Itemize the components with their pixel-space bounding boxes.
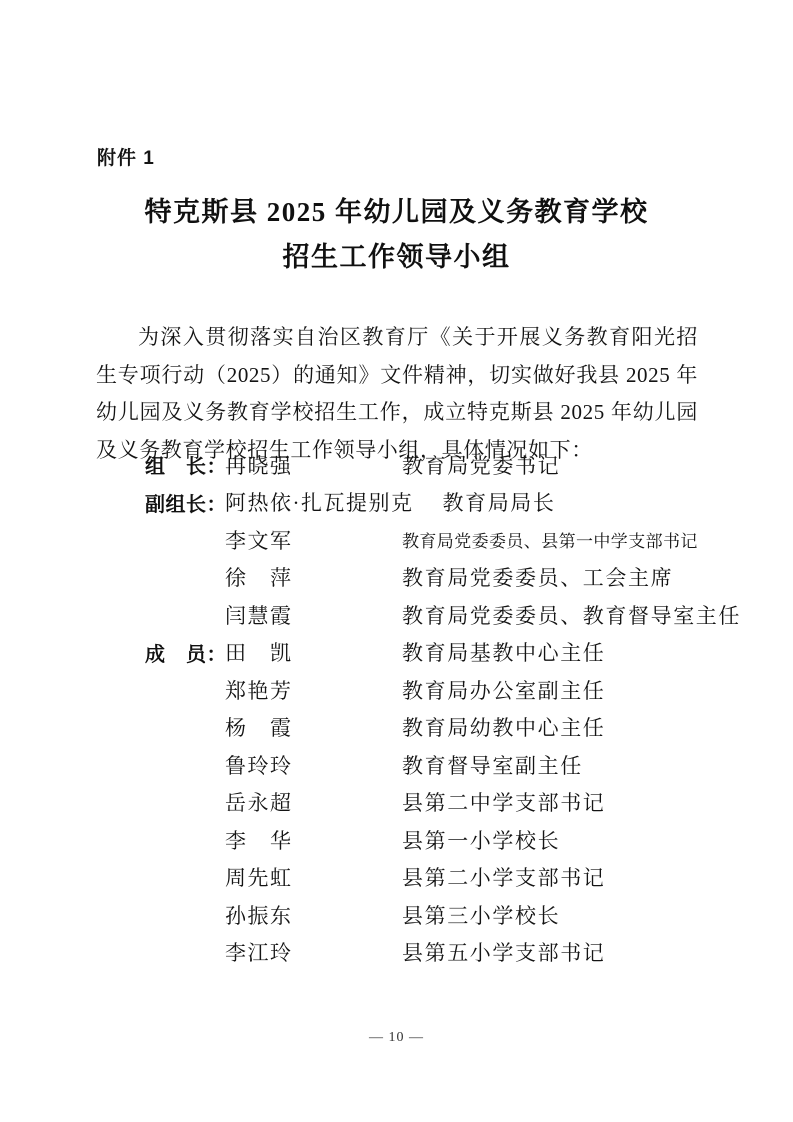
document-title-line-2: 招生工作领导小组 — [0, 235, 793, 280]
document-title-line-1: 特克斯县 2025 年幼儿园及义务教育学校 — [0, 190, 793, 235]
role-label: 副组长： — [145, 488, 225, 517]
roster-row: 郑艳芳 教育局办公室副主任 — [96, 671, 756, 709]
member-title: 教育督导室副主任 — [402, 750, 583, 780]
member-name: 郑艳芳 — [225, 675, 402, 705]
member-title: 教育局办公室副主任 — [402, 675, 605, 705]
member-name: 李 华 — [225, 825, 402, 855]
member-title: 教育局党委委员、县第一中学支部书记 — [402, 527, 698, 552]
roster-row: 徐 萍 教育局党委委员、工会主席 — [96, 559, 756, 597]
member-name: 徐 萍 — [225, 562, 402, 592]
member-title: 县第三小学校长 — [402, 900, 560, 930]
member-name: 阿热依·扎瓦提别克 — [225, 487, 414, 517]
leading-group-roster: 组 长： 冉晓强 教育局党委书记 副组长： 阿热依·扎瓦提别克 教育局局长 李文… — [96, 446, 756, 971]
roster-row-member: 成 员： 田 凯 教育局基教中心主任 — [96, 634, 756, 672]
member-title: 教育局基教中心主任 — [402, 637, 605, 667]
roster-row: 孙振东 县第三小学校长 — [96, 896, 756, 934]
member-title: 教育局党委委员、教育督导室主任 — [402, 600, 741, 630]
attachment-label: 附件 1 — [97, 143, 155, 170]
member-title: 教育局局长 — [443, 487, 556, 517]
roster-row: 闫慧霞 教育局党委委员、教育督导室主任 — [96, 596, 756, 634]
member-title: 县第一小学校长 — [402, 825, 560, 855]
roster-row: 李 华 县第一小学校长 — [96, 821, 756, 859]
document-page: 附件 1 特克斯县 2025 年幼儿园及义务教育学校 招生工作领导小组 为深入贯… — [0, 0, 793, 1122]
roster-row: 李文军 教育局党委委员、县第一中学支部书记 — [96, 521, 756, 559]
member-title: 教育局党委委员、工会主席 — [402, 562, 673, 592]
page-number-footer: — 10 — — [0, 1030, 793, 1046]
roster-row: 李江玲 县第五小学支部书记 — [96, 934, 756, 972]
roster-row-leader: 组 长： 冉晓强 教育局党委书记 — [96, 446, 756, 484]
member-title: 县第二中学支部书记 — [402, 787, 605, 817]
member-title: 县第五小学支部书记 — [402, 937, 605, 967]
member-title: 教育局幼教中心主任 — [402, 712, 605, 742]
roster-row: 岳永超 县第二中学支部书记 — [96, 784, 756, 822]
member-name: 周先虹 — [225, 862, 402, 892]
member-name: 杨 霞 — [225, 712, 402, 742]
member-title: 教育局党委书记 — [402, 450, 560, 480]
member-name: 孙振东 — [225, 900, 402, 930]
member-name: 冉晓强 — [225, 450, 402, 480]
member-name: 闫慧霞 — [225, 600, 402, 630]
role-label: 组 长： — [145, 450, 225, 479]
member-name: 李江玲 — [225, 937, 402, 967]
member-name: 李文军 — [225, 525, 402, 555]
role-label: 成 员： — [145, 638, 225, 667]
roster-row-deputy-leader: 副组长： 阿热依·扎瓦提别克 教育局局长 — [96, 484, 756, 522]
document-title: 特克斯县 2025 年幼儿园及义务教育学校 招生工作领导小组 — [0, 190, 793, 280]
roster-row: 鲁玲玲 教育督导室副主任 — [96, 746, 756, 784]
roster-row: 周先虹 县第二小学支部书记 — [96, 859, 756, 897]
member-title: 县第二小学支部书记 — [402, 862, 605, 892]
member-name: 鲁玲玲 — [225, 750, 402, 780]
roster-row: 杨 霞 教育局幼教中心主任 — [96, 709, 756, 747]
member-name: 田 凯 — [225, 637, 402, 667]
member-name: 岳永超 — [225, 787, 402, 817]
